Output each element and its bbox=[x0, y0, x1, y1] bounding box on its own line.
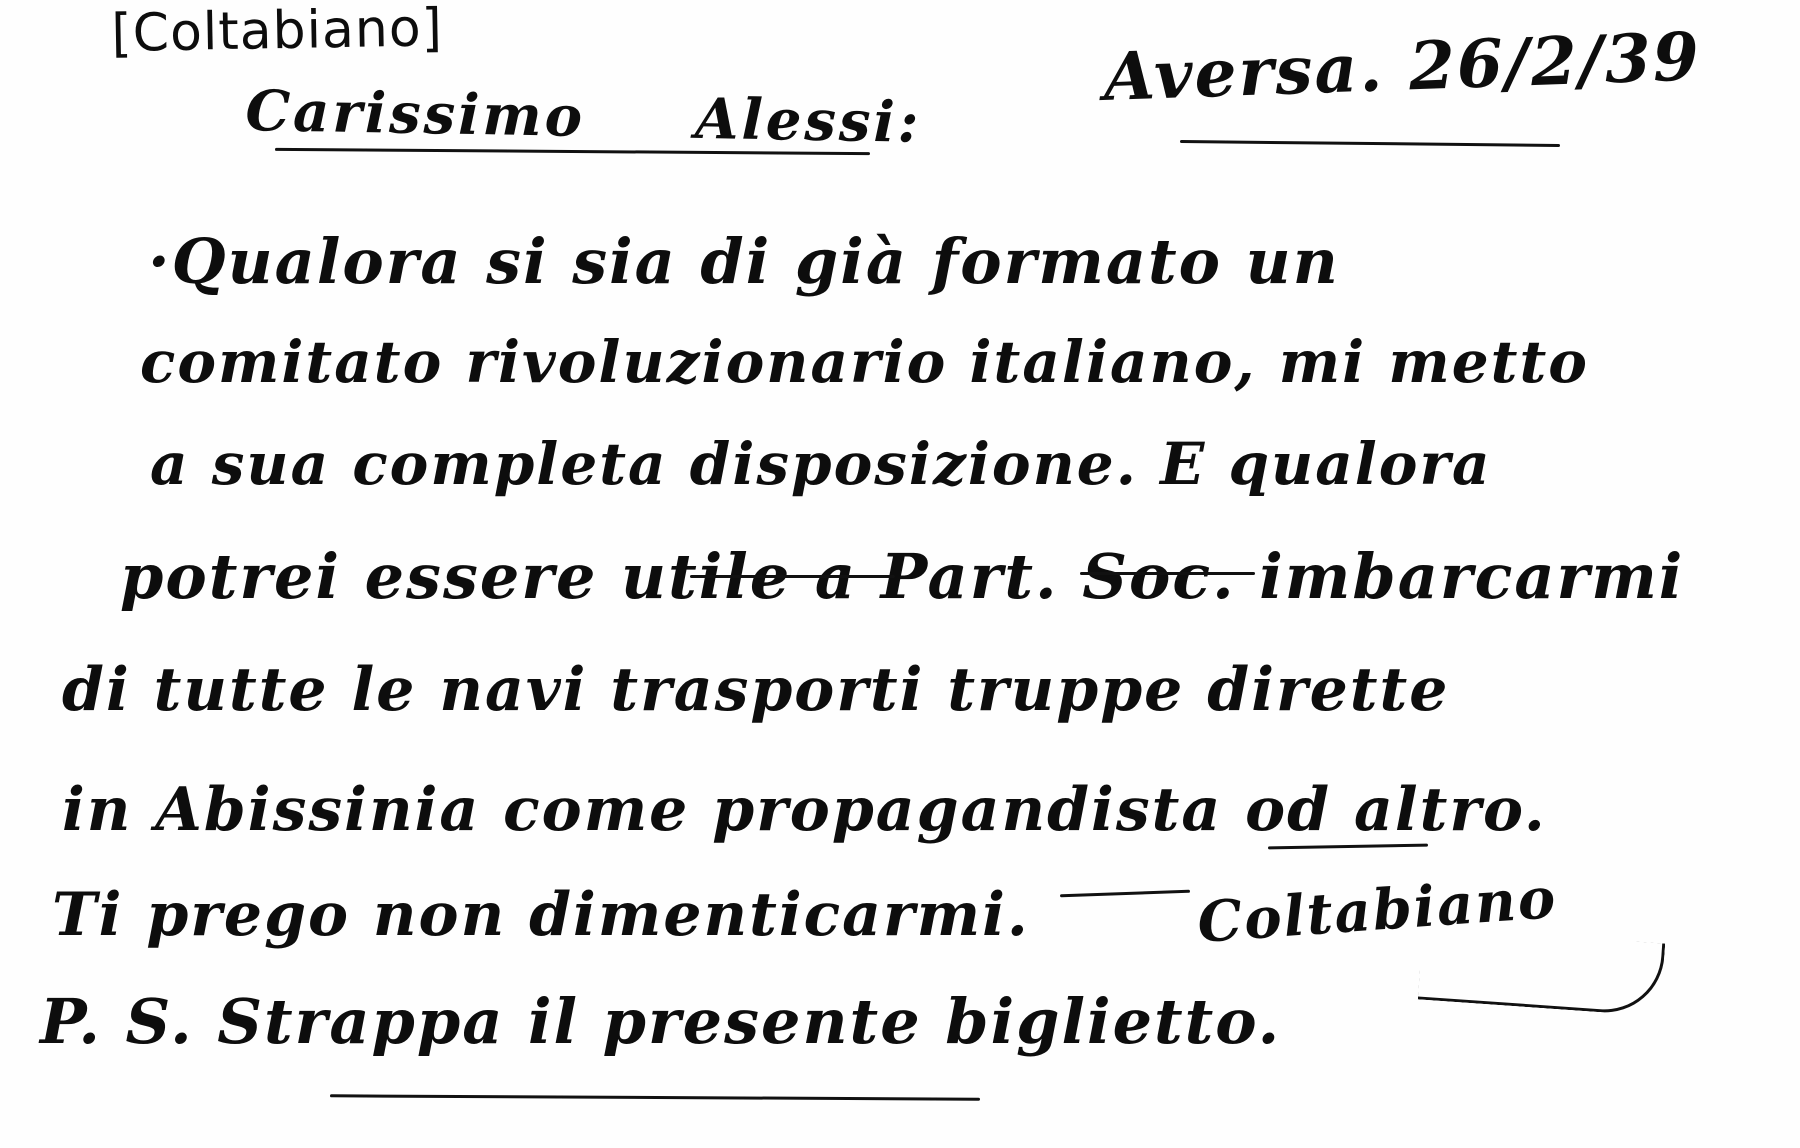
body-line-3: a sua completa disposizione. E qualora bbox=[150, 430, 1492, 498]
body-line-5: di tutte le navi trasporti truppe dirett… bbox=[62, 655, 1449, 725]
letter-page: [Coltabiano] CarissimoAlessi: Aversa. 26… bbox=[0, 0, 1800, 1148]
signature-flourish bbox=[1418, 927, 1666, 1017]
salutation-greeting: Carissimo bbox=[245, 78, 586, 150]
underline-part-soc bbox=[1080, 572, 1255, 575]
body-line-4: potrei essere utile a Part. Soc. imbarca… bbox=[120, 540, 1684, 613]
place-date: Aversa. 26/2/39 bbox=[1102, 17, 1702, 116]
postscript-dash bbox=[1060, 890, 1190, 898]
salutation-name: Alessi: bbox=[695, 86, 922, 156]
body-line-6: in Abissinia come propagandista od altro… bbox=[62, 775, 1547, 845]
body-line-2: comitato rivoluzionario italiano, mi met… bbox=[140, 328, 1589, 396]
underline-utile bbox=[690, 575, 895, 578]
postscript-underline bbox=[330, 1094, 980, 1100]
postscript: P. S. Strappa il presente biglietto. bbox=[40, 985, 1281, 1058]
archive-label: [Coltabiano] bbox=[111, 0, 443, 64]
salutation: CarissimoAlessi: bbox=[245, 78, 922, 156]
date-underline bbox=[1180, 140, 1560, 147]
body-line-7: Ti prego non dimenticarmi. bbox=[52, 880, 1030, 950]
body-line-1: ·Qualora si sia di già formato un bbox=[148, 225, 1340, 298]
